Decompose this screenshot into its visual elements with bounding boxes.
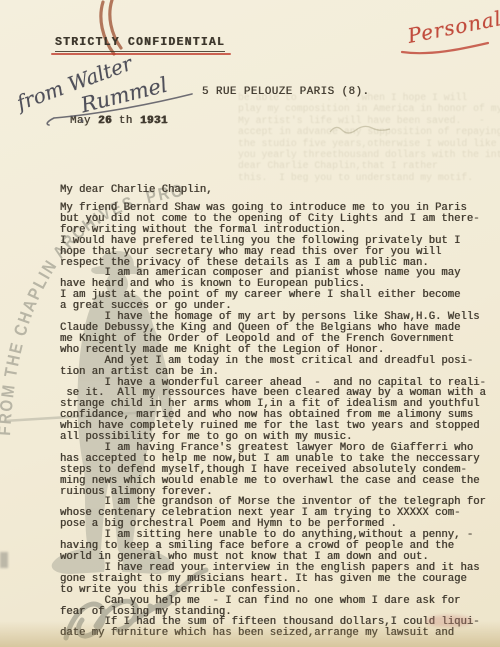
text-line: accept in advance any supposition of rep…: [238, 126, 488, 137]
text-line: play my composition in America in honor …: [238, 103, 488, 114]
text-line: ming news which would enable me to overh…: [60, 476, 492, 487]
text-line: to write you this terrible confession.: [60, 585, 492, 596]
text-line: dear Charlie Chaplin,that I rather: [238, 160, 488, 171]
salutation: My dear Charlie Chaplin,: [60, 184, 213, 196]
personal-underline: [400, 40, 492, 56]
text-line: My artist's life will have been saved. -: [238, 115, 488, 126]
edge-mark: [0, 552, 8, 568]
text-line: you yearly threethousand dollars with th…: [238, 149, 488, 160]
text-line: hope that your secretary who may read th…: [60, 247, 492, 258]
text-line: the studio five years,otherwise I would …: [238, 138, 488, 149]
text-line: date my furniture which has been seized,…: [60, 628, 492, 639]
text-line: this. I beg you to understand my motif.: [238, 172, 488, 183]
text-line: I would have prefered telling you the fo…: [60, 236, 492, 247]
text-line: And yet I am today in the most critical …: [60, 356, 492, 367]
text-line: tion an artist can be in.: [60, 367, 492, 378]
text-line: Can you help me - I can find no one whom…: [60, 596, 492, 607]
letter-body: My friend Bernard Shaw was going to intr…: [60, 203, 492, 639]
letter-page: FROM THE CHAPLIN ARCHIVES, PRO be abl: [0, 0, 500, 647]
bleedthrough-text: be able to . . . when I hope I willplay …: [238, 92, 488, 183]
annotation-flourish: [40, 88, 210, 128]
